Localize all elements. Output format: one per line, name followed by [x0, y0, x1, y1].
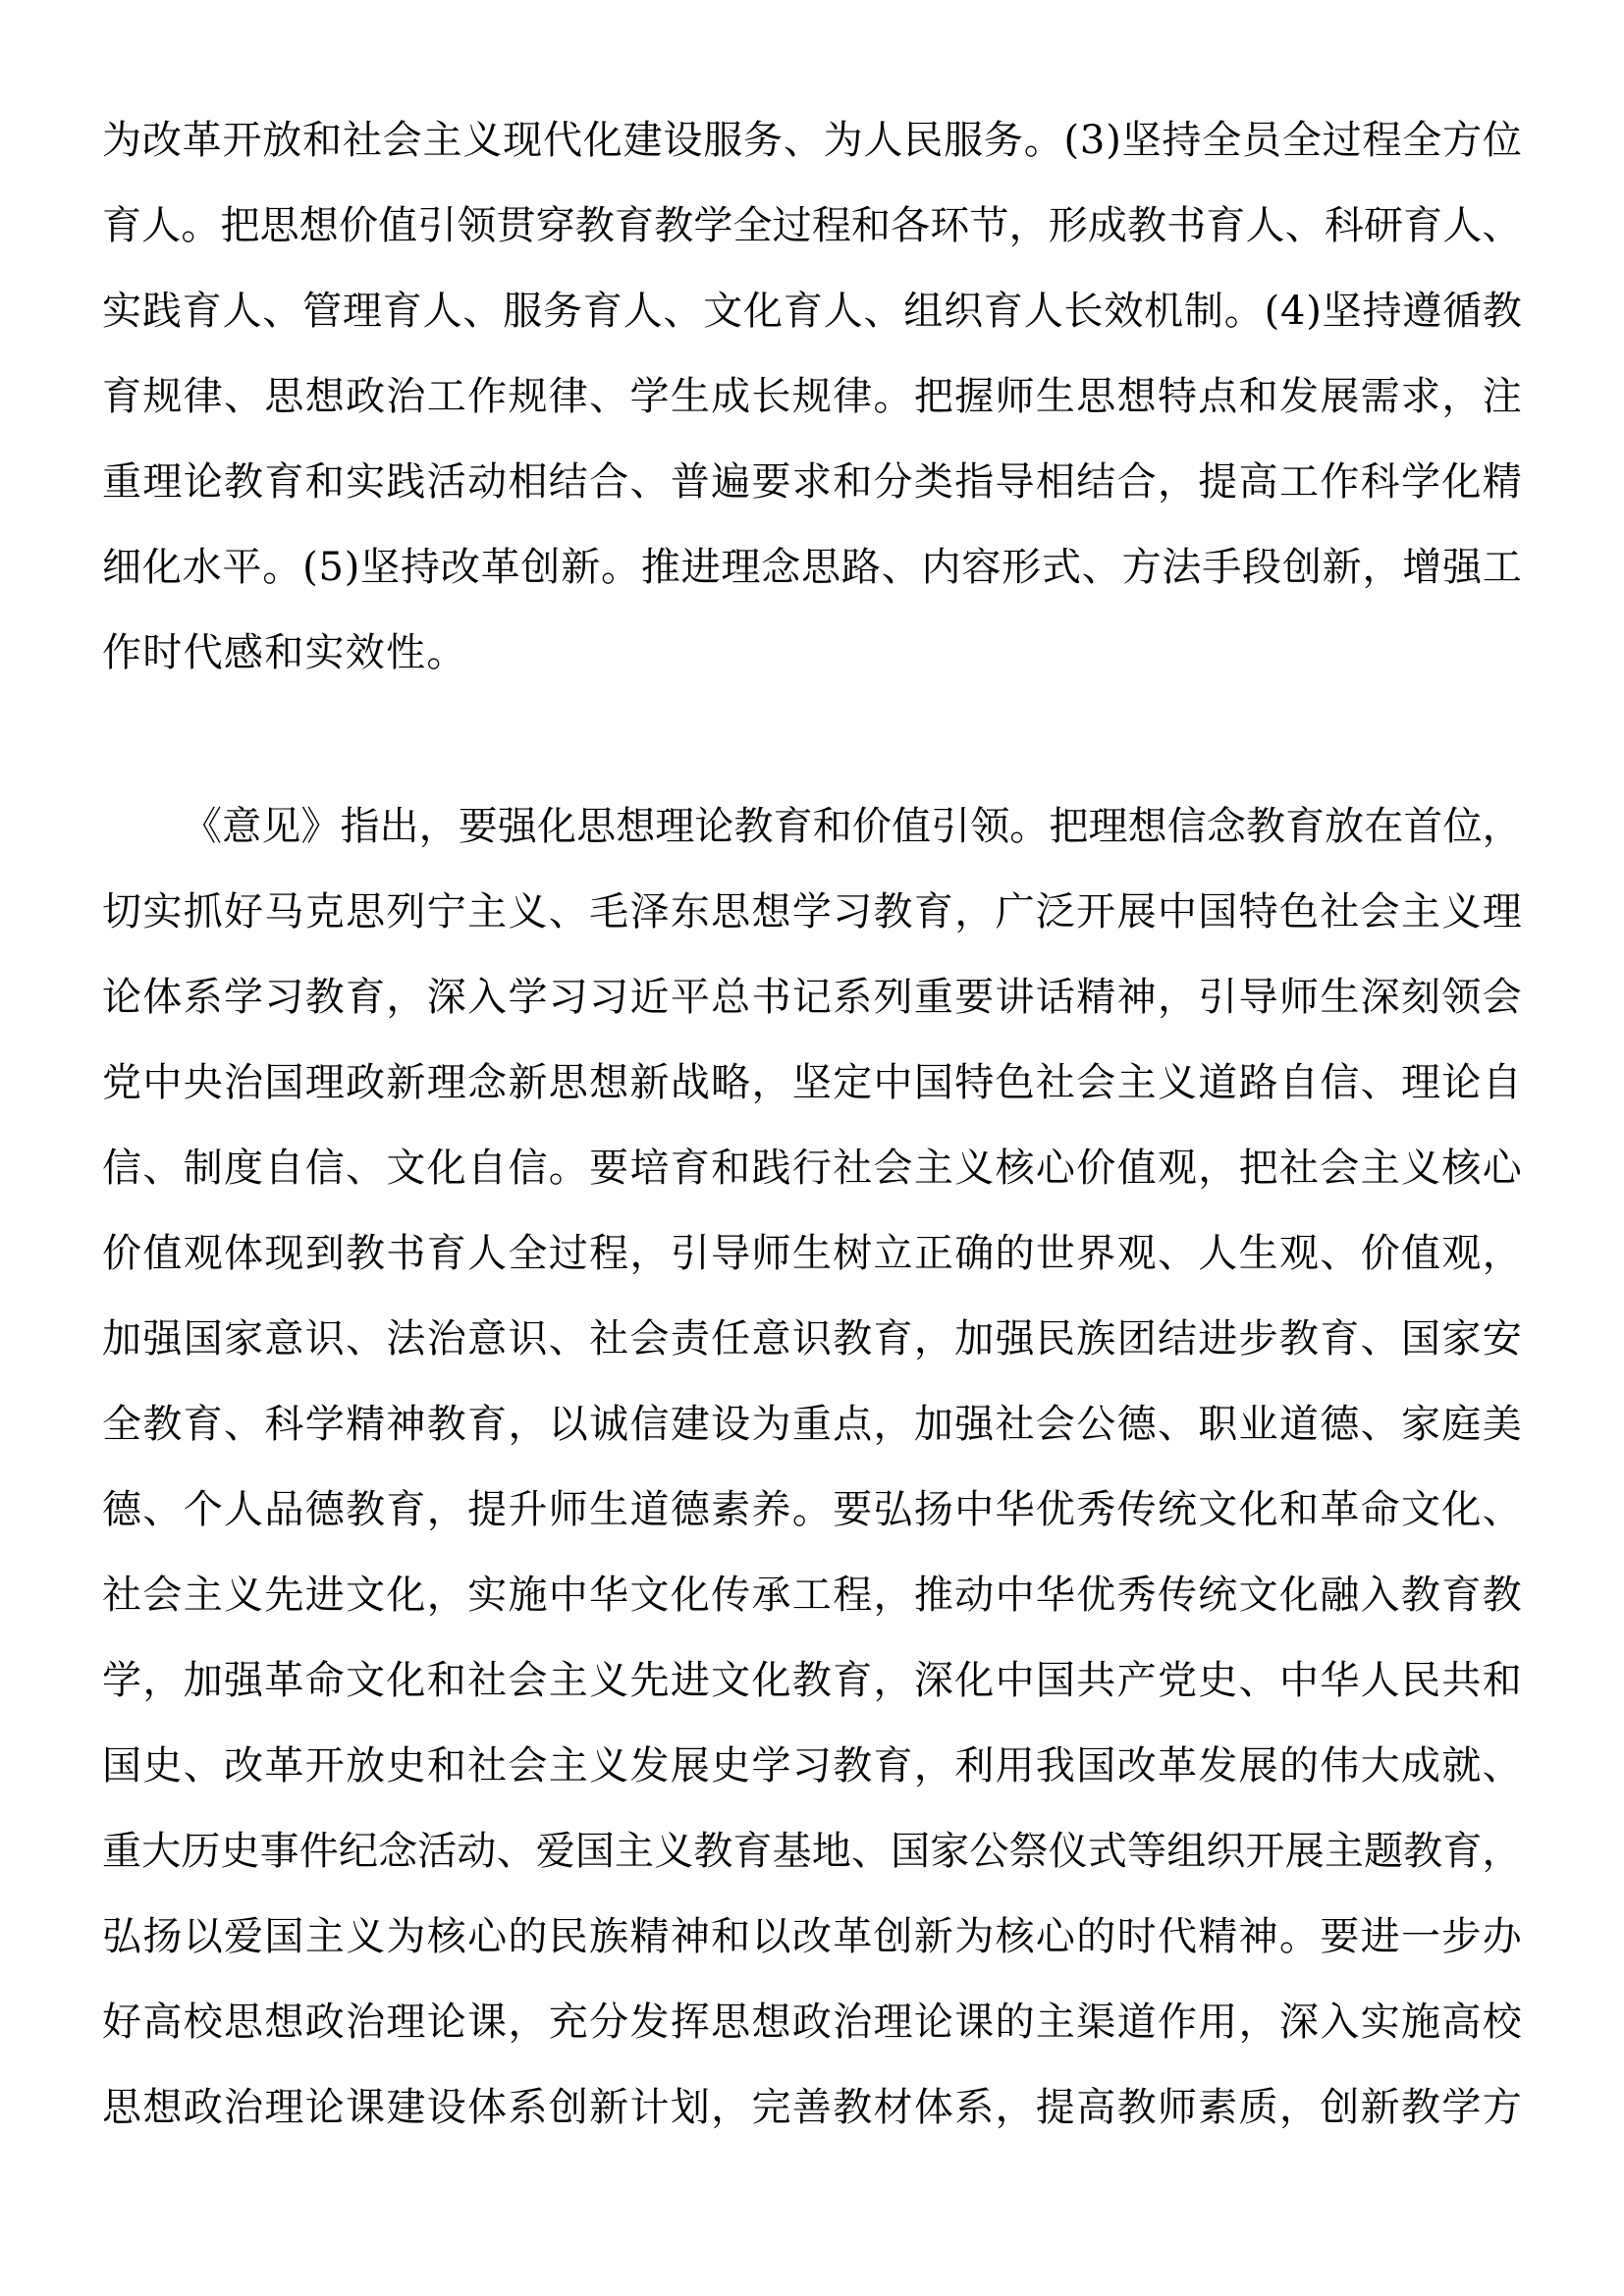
- text-line: 德、个人品德教育，提升师生道德素养。要弘扬中华优秀传统文化和革命文化、: [102, 1486, 1522, 1533]
- text-line: 国史、改革开放史和社会主义发展史学习教育，利用我国改革发展的伟大成就、: [102, 1742, 1522, 1789]
- text-line: 论体系学习教育，深入学习习近平总书记系列重要讲话精神，引导师生深刻领会: [102, 974, 1522, 1021]
- document-page: 为改革开放和社会主义现代化建设服务、为人民服务。(3)坚持全员全过程全方位 育人…: [0, 0, 1624, 2296]
- text-line: 党中央治国理政新理念新思想新战略，坚定中国特色社会主义道路自信、理论自: [102, 1059, 1522, 1106]
- text-line: 重理论教育和实践活动相结合、普遍要求和分类指导相结合，提高工作科学化精: [102, 458, 1522, 506]
- text-line: 加强国家意识、法治意识、社会责任意识教育，加强民族团结进步教育、国家安: [102, 1315, 1522, 1362]
- text-line: 信、制度自信、文化自信。要培育和践行社会主义核心价值观，把社会主义核心: [102, 1145, 1522, 1192]
- text-line: 社会主义先进文化，实施中华文化传承工程，推动中华优秀传统文化融入教育教: [102, 1572, 1522, 1619]
- text-line: 育人。把思想价值引领贯穿教育教学全过程和各环节，形成教书育人、科研育人、: [102, 202, 1522, 249]
- text-line: 作时代感和实效性。: [102, 629, 1522, 676]
- text-line: 细化水平。(5)坚持改革创新。推进理念思路、内容形式、方法手段创新，增强工: [102, 544, 1522, 591]
- text-line: 为改革开放和社会主义现代化建设服务、为人民服务。(3)坚持全员全过程全方位: [102, 117, 1522, 164]
- text-line: 思想政治理论课建设体系创新计划，完善教材体系，提高教师素质，创新教学方: [102, 2084, 1522, 2131]
- text-line: 弘扬以爱国主义为核心的民族精神和以改革创新为核心的时代精神。要进一步办: [102, 1913, 1522, 1960]
- text-line: 《意见》指出，要强化思想理论教育和价值引领。把理想信念教育放在首位，: [183, 803, 1522, 850]
- text-line: 价值观体现到教书育人全过程，引导师生树立正确的世界观、人生观、价值观，: [102, 1230, 1522, 1277]
- text-line: 切实抓好马克思列宁主义、毛泽东思想学习教育，广泛开展中国特色社会主义理: [102, 888, 1522, 935]
- text-line: 学，加强革命文化和社会主义先进文化教育，深化中国共产党史、中华人民共和: [102, 1657, 1522, 1704]
- text-line: 育规律、思想政治工作规律、学生成长规律。把握师生思想特点和发展需求，注: [102, 373, 1522, 420]
- text-line: 重大历史事件纪念活动、爱国主义教育基地、国家公祭仪式等组织开展主题教育，: [102, 1828, 1522, 1875]
- text-line: 好高校思想政治理论课，充分发挥思想政治理论课的主渠道作用，深入实施高校: [102, 1999, 1522, 2046]
- text-line: 全教育、科学精神教育，以诚信建设为重点，加强社会公德、职业道德、家庭美: [102, 1401, 1522, 1448]
- text-line: 实践育人、管理育人、服务育人、文化育人、组织育人长效机制。(4)坚持遵循教: [102, 288, 1522, 335]
